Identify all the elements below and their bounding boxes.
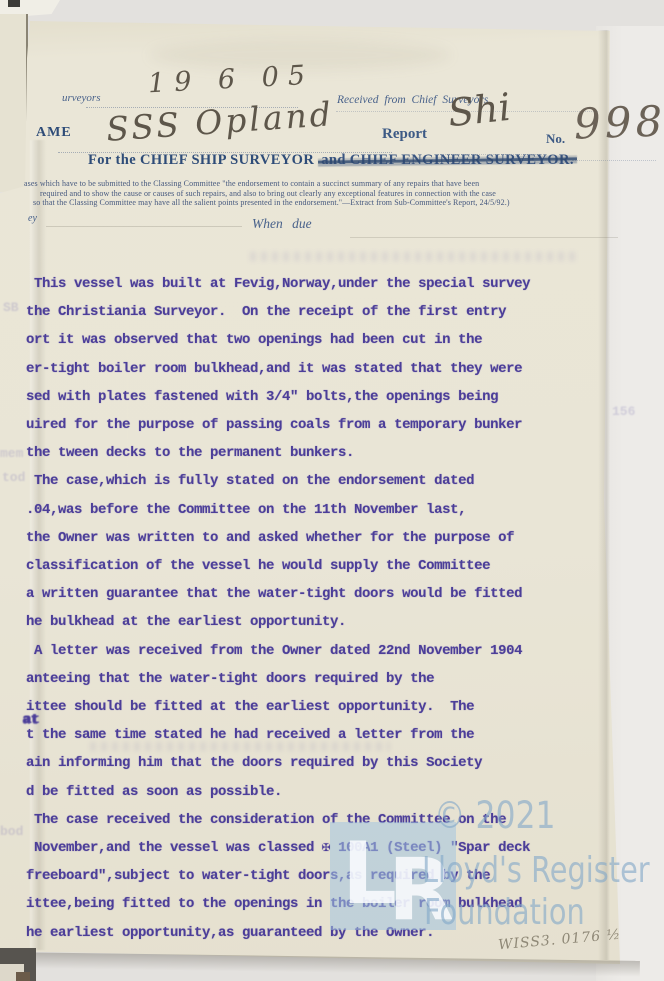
typewritten-line: sed with plates fastened with 3/4" bolts… xyxy=(26,383,530,411)
typewritten-line: ittee should be fitted at the earliest o… xyxy=(26,693,530,721)
no-label: No. xyxy=(546,131,565,147)
surveyors-label: urveyors xyxy=(62,92,101,104)
typewritten-line: ort it was observed that two openings ha… xyxy=(26,326,530,354)
typewritten-line: he earliest opportunity,as guaranteed by… xyxy=(26,919,530,947)
margin-fragment: ey xyxy=(28,213,37,224)
overstruck-correction: at xyxy=(22,712,39,728)
rule-left xyxy=(46,225,242,227)
typewritten-line: anteeing that the water-tight doors requ… xyxy=(26,665,530,693)
paper-edge-bottom-left-brown xyxy=(16,972,30,981)
paper-edge-top-left-dark xyxy=(8,0,20,7)
report-type-handwritten: Shi xyxy=(446,85,513,135)
typewritten-line: he bulkhead at the earliest opportunity. xyxy=(26,608,530,636)
when-due-label: When due xyxy=(252,216,312,232)
typewritten-line: ittee,being fitted to the openings in th… xyxy=(26,890,530,918)
typewritten-line: November,and the vessel was classed ✠ 10… xyxy=(26,834,530,862)
number-underline xyxy=(572,159,656,161)
typewritten-line: d be fitted as soon as possible. xyxy=(26,778,530,806)
typewritten-body: This vessel was built at Fevig,Norway,un… xyxy=(26,270,530,947)
typewritten-line: freeboard",subject to water-tight doors,… xyxy=(26,862,530,890)
fine-print-extract: ases which have to be submitted to the C… xyxy=(24,179,604,208)
typewritten-line: the Owner was written to and asked wheth… xyxy=(26,524,530,552)
typewritten-line: The case received the consideration of t… xyxy=(26,806,530,834)
typewritten-line: The case,which is fully stated on the en… xyxy=(26,467,530,495)
typewritten-line: ain informing him that the doors require… xyxy=(26,749,530,777)
typewritten-line: classification of the vessel he would su… xyxy=(26,552,530,580)
scanned-document: urveyors 19 6 05 Received from Chief Sur… xyxy=(0,0,664,981)
typewritten-line: a written guarantee that the water-tight… xyxy=(26,580,530,608)
typewritten-line: t the same time stated he had received a… xyxy=(26,721,530,749)
ghost-bleedthrough-text: 156 xyxy=(612,404,635,419)
typewritten-line: A letter was received from the Owner dat… xyxy=(26,637,530,665)
fine-print-line: required and to show the cause or causes… xyxy=(24,189,604,199)
title-chief-engineer-struck: and CHIEF ENGINEER SURVEYOR. xyxy=(321,152,574,169)
report-number-handwritten: 998 xyxy=(573,96,664,148)
ghost-bleedthrough-text: SB xyxy=(3,300,19,315)
page-right-edge xyxy=(598,30,610,960)
ghost-bleedthrough-text: tod xyxy=(2,470,25,485)
typewritten-line: uired for the purpose of passing coals f… xyxy=(26,411,530,439)
typewritten-line: the Christiania Surveyor. On the receipt… xyxy=(26,298,530,326)
report-label: Report xyxy=(382,126,427,143)
ghost-bleedthrough-text: mem xyxy=(0,446,23,461)
bleedthrough-streak xyxy=(250,252,580,261)
fine-print-line: so that the Classing Committee may have … xyxy=(24,198,604,208)
typewritten-line: This vessel was built at Fevig,Norway,un… xyxy=(26,270,530,298)
name-label: AME xyxy=(36,125,72,141)
fine-print-line: ases which have to be submitted to the C… xyxy=(24,179,604,189)
paper-edge-left-strip xyxy=(0,14,28,192)
document-title: For the CHIEF SHIP SURVEYORand CHIEF ENG… xyxy=(88,152,574,169)
title-chief-ship-surveyor: For the CHIEF SHIP SURVEYOR xyxy=(88,152,314,168)
rule-right xyxy=(350,236,618,238)
typewritten-line: the tween decks to the permanent bunkers… xyxy=(26,439,530,467)
typewritten-line: er-tight boiler room bulkhead,and it was… xyxy=(26,355,530,383)
ghost-bleedthrough-text: bod xyxy=(0,824,23,839)
typewritten-line: .04,was before the Committee on the 11th… xyxy=(26,496,530,524)
